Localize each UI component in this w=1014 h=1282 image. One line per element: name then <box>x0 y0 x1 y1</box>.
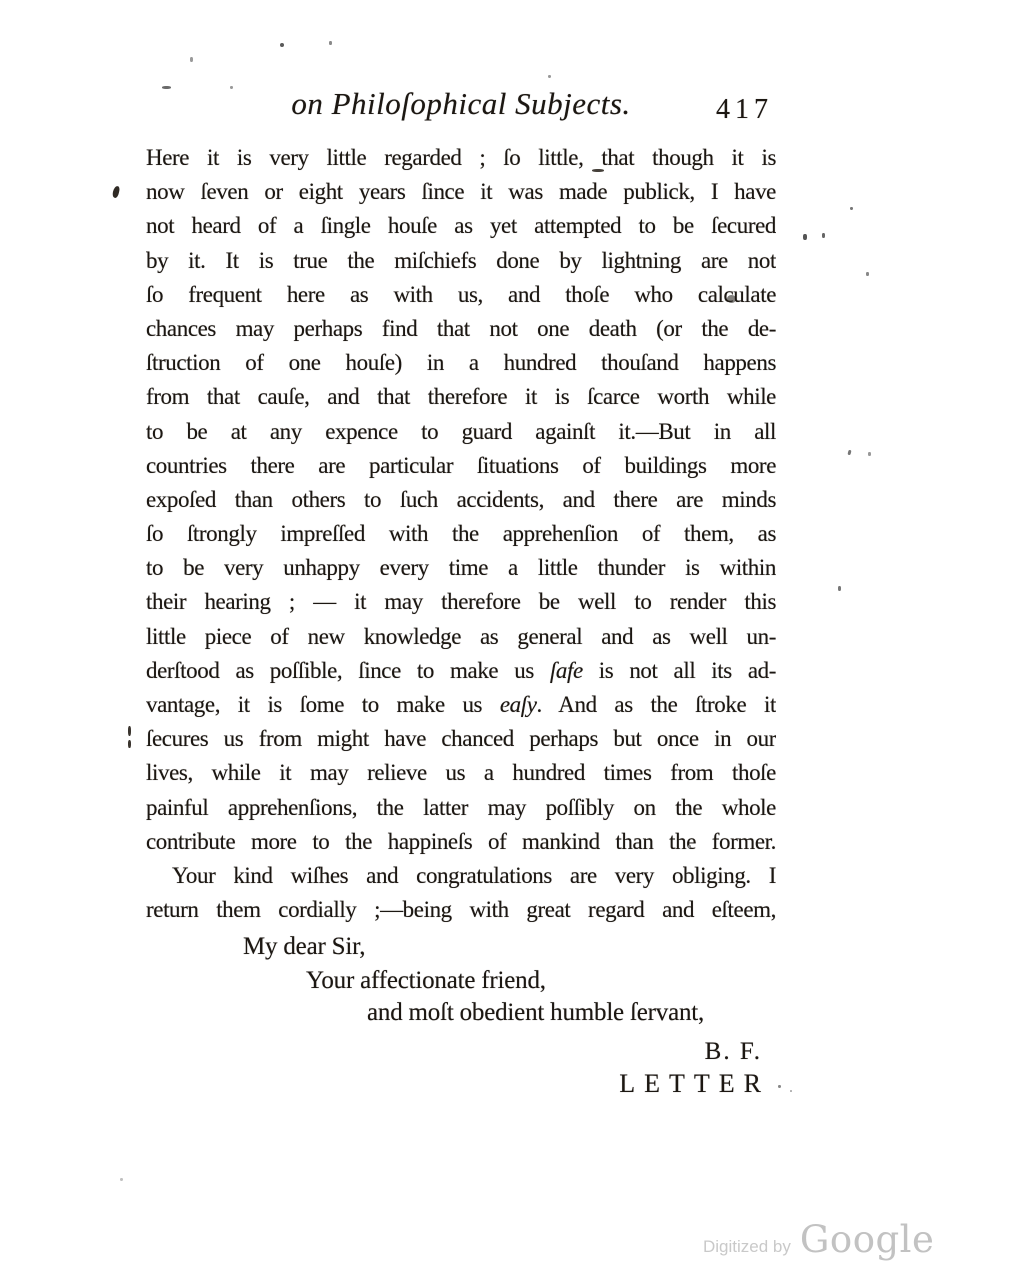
scan-speck <box>112 186 120 199</box>
scan-speck <box>868 452 871 456</box>
running-header-title: on Philoſophical Subjects. <box>146 86 776 122</box>
scan-speck <box>866 272 869 276</box>
scan-speck <box>592 169 604 172</box>
scan-speck <box>688 845 691 848</box>
digitization-watermark: Digitized by Google <box>703 1218 934 1261</box>
text-segment: is not all its ad- <box>583 658 776 683</box>
text-line: ſo frequent here as with us, and thoſe w… <box>146 278 776 312</box>
scan-speck <box>850 207 853 210</box>
text-line: now ſeven or eight years ſince it was ma… <box>146 175 776 209</box>
scan-speck <box>778 1085 781 1088</box>
scan-speck <box>190 57 193 62</box>
catchword: LETTER <box>619 1069 770 1099</box>
text-line: Here it is very little regarded ; ſo lit… <box>146 141 776 175</box>
text-line: not heard of a ſingle houſe as yet attem… <box>146 209 776 243</box>
text-line: expoſed than others to ſuch accidents, a… <box>146 483 776 517</box>
italic-word: eaſy <box>500 692 537 717</box>
ink-blot <box>727 295 736 303</box>
text-segment: derſtood as poſſible, ſince to make us <box>146 658 550 683</box>
text-line: little piece of new knowledge as general… <box>146 620 776 654</box>
text-line: vantage, it is ſome to make us eaſy. And… <box>146 688 776 722</box>
text-line: painful apprehenſions, the latter may po… <box>146 791 776 825</box>
scan-speck <box>128 726 131 736</box>
text-line: to be very unhappy every time a little t… <box>146 551 776 585</box>
scan-speck <box>838 586 841 591</box>
text-line: lives, while it may relieve us a hundred… <box>146 756 776 790</box>
italic-word: ſafe <box>550 658 583 683</box>
letter-body: Here it is very little regarded ; ſo lit… <box>146 141 776 927</box>
text-line: contribute more to the happineſs of mank… <box>146 825 776 859</box>
text-segment: . And as the ſtroke it <box>537 692 776 717</box>
google-logo: Google <box>800 1218 935 1261</box>
text-line: to be at any expence to guard againſt it… <box>146 415 776 449</box>
scan-speck <box>120 1178 123 1181</box>
scan-speck <box>790 1090 792 1092</box>
scan-speck <box>803 234 807 240</box>
page-number: 417 <box>716 94 773 126</box>
text-segment: vantage, it is ſome to make us <box>146 692 500 717</box>
text-line: chances may perhaps find that not one de… <box>146 312 776 346</box>
watermark-text: Digitized by <box>703 1237 791 1257</box>
letter-salutation: My dear Sir, <box>243 932 365 962</box>
scan-speck <box>162 86 171 89</box>
scan-speck <box>230 86 233 89</box>
scan-speck <box>822 233 825 238</box>
text-line: ſtruction of one houſe) in a hundred tho… <box>146 346 776 380</box>
scan-speck <box>280 43 284 47</box>
scan-speck <box>847 450 851 456</box>
text-line: ſecures us from might have chanced perha… <box>146 722 776 756</box>
scan-speck <box>329 41 332 45</box>
text-line: derſtood as poſſible, ſince to make us ſ… <box>146 654 776 688</box>
letter-closing-line: Your affectionate friend, <box>306 966 546 996</box>
text-line: countries there are particular ſituation… <box>146 449 776 483</box>
scan-speck <box>548 75 551 78</box>
text-line: from that cauſe, and that therefore it i… <box>146 380 776 414</box>
text-line: by it. It is true the miſchiefs done by … <box>146 244 776 278</box>
scan-speck <box>128 740 131 748</box>
text-line: return them cordially ;—being with great… <box>146 893 776 927</box>
signature-initials: B. F. <box>705 1038 762 1066</box>
text-line: their hearing ; — it may therefore be we… <box>146 585 776 619</box>
text-line: Your kind wiſhes and congratulations are… <box>146 859 776 893</box>
book-page: on Philoſophical Subjects. 417 Here it i… <box>0 0 1014 1282</box>
text-line: ſo ſtrongly impreſſed with the apprehenſ… <box>146 517 776 551</box>
letter-closing-line: and moſt obedient humble ſervant, <box>367 998 704 1028</box>
